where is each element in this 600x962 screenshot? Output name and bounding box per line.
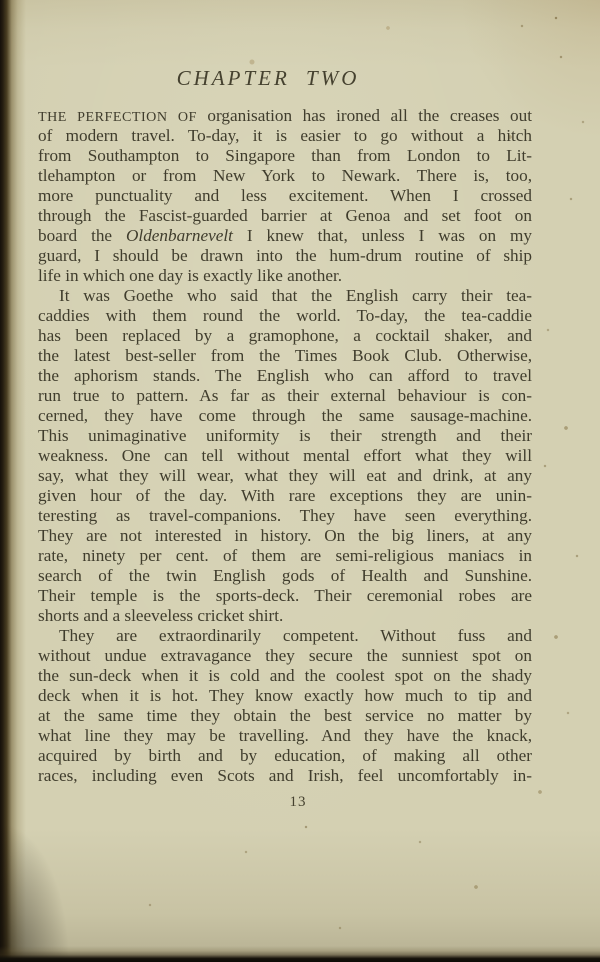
body-text-segment: life in which one day is exactly like an… bbox=[38, 266, 342, 285]
body-text-segment: deck when it is hot. They know exactly h… bbox=[38, 686, 532, 705]
text-line: more punctuality and less excitement. Wh… bbox=[38, 186, 532, 206]
body-text-segment: through the Fascist-guarded barrier at G… bbox=[38, 206, 532, 225]
body-text-segment: the latest best-seller from the Times Bo… bbox=[38, 346, 532, 365]
chapter-heading: CHAPTER TWO bbox=[38, 66, 498, 91]
paragraph: It was Goethe who said that the English … bbox=[38, 286, 532, 626]
text-line: caddies with them round the world. To-da… bbox=[38, 306, 532, 326]
text-line: life in which one day is exactly like an… bbox=[38, 266, 532, 286]
text-line: cerned, they have come through the same … bbox=[38, 406, 532, 426]
text-line: the aphorism stands. The English who can… bbox=[38, 366, 532, 386]
text-line: They are not interested in history. On t… bbox=[38, 526, 532, 546]
text-line: races, including even Scots and Irish, f… bbox=[38, 766, 532, 786]
smallcaps-text: THE PERFECTION OF bbox=[38, 109, 197, 125]
text-line: shorts and a sleeveless cricket shirt. bbox=[38, 606, 532, 626]
body-text-segment: races, including even Scots and Irish, f… bbox=[38, 766, 532, 785]
book-page: CHAPTER TWO THE PERFECTION OF organisati… bbox=[0, 0, 600, 962]
text-line: without undue extravagance they secure t… bbox=[38, 646, 532, 666]
body-text-segment: of modern travel. To-day, it is easier t… bbox=[38, 126, 532, 145]
text-line: teresting as travel-companions. They hav… bbox=[38, 506, 532, 526]
text-line: run true to pattern. As far as their ext… bbox=[38, 386, 532, 406]
body-text-segment: They are extraordinarily competent. With… bbox=[59, 626, 532, 645]
text-line: THE PERFECTION OF organisation has irone… bbox=[38, 106, 532, 126]
page-bottom-edge-shadow bbox=[0, 946, 600, 962]
body-text-segment: the sun-deck when it is cold and the coo… bbox=[38, 666, 532, 685]
body-text-segment: without undue extravagance they secure t… bbox=[38, 646, 532, 665]
body-text-segment: weakness. One can tell without mental ef… bbox=[38, 446, 532, 465]
body-text-segment: acquired by birth and by education, of m… bbox=[38, 746, 532, 765]
body-text-segment: cerned, they have come through the same … bbox=[38, 406, 532, 425]
body-text-segment: given hour of the day. With rare excepti… bbox=[38, 486, 532, 505]
body-text-segment: Their temple is the sports-deck. Their c… bbox=[38, 586, 532, 605]
text-line: It was Goethe who said that the English … bbox=[38, 286, 532, 306]
body-text-segment: It was Goethe who said that the English … bbox=[59, 286, 532, 305]
body-text-segment: search of the twin English gods of Healt… bbox=[38, 566, 532, 585]
paragraph: They are extraordinarily competent. With… bbox=[38, 626, 532, 786]
body-text-segment: has been replaced by a gramophone, a coc… bbox=[38, 326, 532, 345]
text-line: Their temple is the sports-deck. Their c… bbox=[38, 586, 532, 606]
text-line: say, what they will wear, what they will… bbox=[38, 466, 532, 486]
body-text-segment: from Southampton to Singapore than from … bbox=[38, 146, 532, 165]
body-text-segment: rate, ninety per cent. of them are semi-… bbox=[38, 546, 532, 565]
body-text-segment: what line they may be travelling. And th… bbox=[38, 726, 532, 745]
text-line: weakness. One can tell without mental ef… bbox=[38, 446, 532, 466]
body-text-segment: shorts and a sleeveless cricket shirt. bbox=[38, 606, 283, 625]
text-line: given hour of the day. With rare excepti… bbox=[38, 486, 532, 506]
text-line: through the Fascist-guarded barrier at G… bbox=[38, 206, 532, 226]
page-number: 13 bbox=[38, 794, 558, 811]
body-text-segment: the aphorism stands. The English who can… bbox=[38, 366, 532, 385]
body-text-segment: guard, I should be drawn into the hum-dr… bbox=[38, 246, 532, 265]
text-line: This unimaginative uniformity is their s… bbox=[38, 426, 532, 446]
text-line: what line they may be travelling. And th… bbox=[38, 726, 532, 746]
text-line: rate, ninety per cent. of them are semi-… bbox=[38, 546, 532, 566]
body-text: THE PERFECTION OF organisation has irone… bbox=[38, 106, 532, 786]
body-text-segment: teresting as travel-companions. They hav… bbox=[38, 506, 532, 525]
body-text-segment: I knew that, unless I was on my bbox=[233, 226, 532, 245]
text-line: acquired by birth and by education, of m… bbox=[38, 746, 532, 766]
binding-gutter-shadow bbox=[0, 0, 26, 962]
body-text-segment: This unimaginative uniformity is their s… bbox=[38, 426, 532, 445]
text-line: the latest best-seller from the Times Bo… bbox=[38, 346, 532, 366]
text-line: of modern travel. To-day, it is easier t… bbox=[38, 126, 532, 146]
body-text-segment: caddies with them round the world. To-da… bbox=[38, 306, 532, 325]
text-line: from Southampton to Singapore than from … bbox=[38, 146, 532, 166]
body-text-segment: organisation has ironed all the creases … bbox=[197, 106, 532, 125]
text-line: deck when it is hot. They know exactly h… bbox=[38, 686, 532, 706]
italic-ship-name: Oldenbarnevelt bbox=[126, 226, 233, 245]
text-line: They are extraordinarily competent. With… bbox=[38, 626, 532, 646]
body-text-segment: more punctuality and less excitement. Wh… bbox=[38, 186, 532, 205]
text-line: board the Oldenbarnevelt I knew that, un… bbox=[38, 226, 532, 246]
body-text-segment: tlehampton or from New York to Newark. T… bbox=[38, 166, 532, 185]
body-text-segment: They are not interested in history. On t… bbox=[38, 526, 532, 545]
text-line: search of the twin English gods of Healt… bbox=[38, 566, 532, 586]
text-line: at the same time they obtain the best se… bbox=[38, 706, 532, 726]
body-text-segment: board the bbox=[38, 226, 126, 245]
body-text-segment: at the same time they obtain the best se… bbox=[38, 706, 532, 725]
text-line: has been replaced by a gramophone, a coc… bbox=[38, 326, 532, 346]
text-line: guard, I should be drawn into the hum-dr… bbox=[38, 246, 532, 266]
paragraph: THE PERFECTION OF organisation has irone… bbox=[38, 106, 532, 286]
bottom-left-corner-shadow bbox=[0, 822, 70, 962]
text-line: tlehampton or from New York to Newark. T… bbox=[38, 166, 532, 186]
text-line: the sun-deck when it is cold and the coo… bbox=[38, 666, 532, 686]
body-text-segment: say, what they will wear, what they will… bbox=[38, 466, 532, 485]
body-text-segment: run true to pattern. As far as their ext… bbox=[38, 386, 532, 405]
